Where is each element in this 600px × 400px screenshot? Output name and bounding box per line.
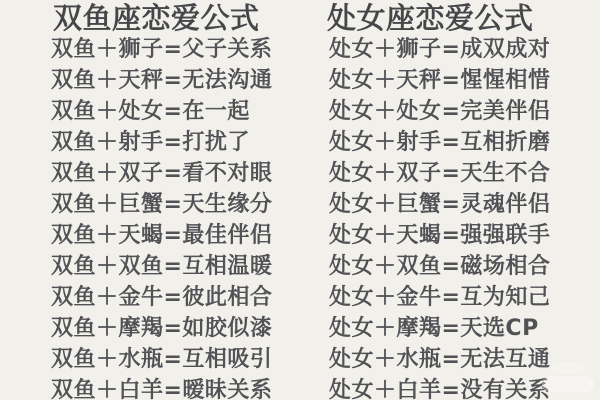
list-item: 双鱼＋摩羯=如胶似漆	[0, 313, 300, 344]
pisces-column: 双鱼座恋爱公式 双鱼＋狮子=父子关系 双鱼＋天秤=无法沟通 双鱼＋处女=在一起 …	[0, 0, 300, 400]
list-item: 双鱼＋天蝎=最佳伴侣	[0, 220, 300, 251]
list-item: 双鱼＋水瓶=互相吸引	[0, 344, 300, 375]
pisces-row-list: 双鱼＋狮子=父子关系 双鱼＋天秤=无法沟通 双鱼＋处女=在一起 双鱼＋射手=打扰…	[0, 34, 300, 400]
list-item: 双鱼＋处女=在一起	[0, 96, 300, 127]
list-item: 处女＋射手=互相折磨	[300, 127, 600, 158]
list-item: 处女＋天蝎=强强联手	[300, 220, 600, 251]
virgo-column-title: 处女座恋爱公式	[300, 0, 600, 34]
list-item: 处女＋双鱼=磁场相合	[300, 251, 600, 282]
list-item: 处女＋巨蟹=灵魂伴侣	[300, 189, 600, 220]
list-item: 双鱼＋天秤=无法沟通	[0, 65, 300, 96]
virgo-column: 处女座恋爱公式 处女＋狮子=成双成对 处女＋天秤=惺惺相惜 处女＋处女=完美伴侣…	[300, 0, 600, 400]
list-item: 处女＋摩羯=天选CP	[300, 313, 600, 344]
list-item: 双鱼＋白羊=暧昧关系	[0, 375, 300, 400]
list-item: 双鱼＋双鱼=互相温暖	[0, 251, 300, 282]
list-item: 双鱼＋射手=打扰了	[0, 127, 300, 158]
pisces-column-title: 双鱼座恋爱公式	[0, 0, 300, 34]
zodiac-formula-image: 双鱼座恋爱公式 双鱼＋狮子=父子关系 双鱼＋天秤=无法沟通 双鱼＋处女=在一起 …	[0, 0, 600, 400]
faint-watermark-badge-icon	[552, 362, 586, 374]
virgo-row-list: 处女＋狮子=成双成对 处女＋天秤=惺惺相惜 处女＋处女=完美伴侣 处女＋射手=互…	[300, 34, 600, 400]
list-item: 处女＋处女=完美伴侣	[300, 96, 600, 127]
faint-watermark-badge-icon	[542, 376, 594, 392]
list-item: 双鱼＋巨蟹=天生缘分	[0, 189, 300, 220]
list-item: 双鱼＋狮子=父子关系	[0, 34, 300, 65]
list-item: 双鱼＋双子=看不对眼	[0, 158, 300, 189]
list-item: 处女＋金牛=互为知己	[300, 282, 600, 313]
list-item: 处女＋天秤=惺惺相惜	[300, 65, 600, 96]
list-item: 处女＋狮子=成双成对	[300, 34, 600, 65]
list-item: 双鱼＋金牛=彼此相合	[0, 282, 300, 313]
list-item: 处女＋双子=天生不合	[300, 158, 600, 189]
